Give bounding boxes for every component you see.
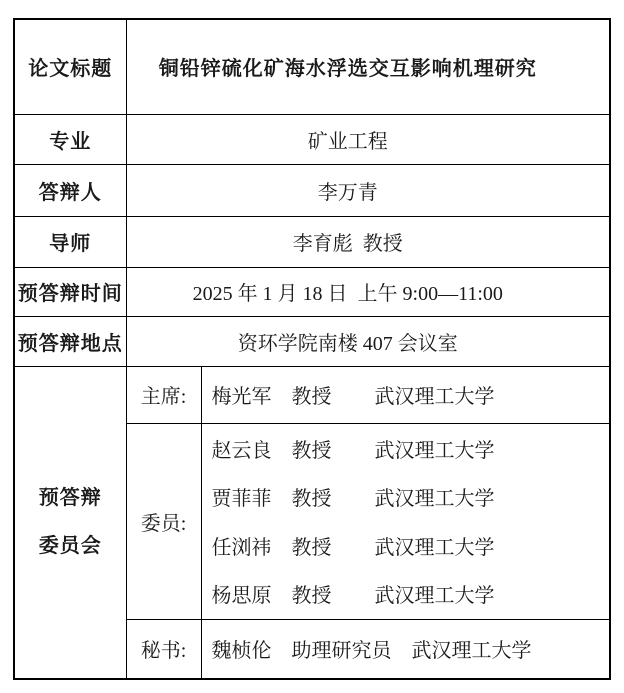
person-affiliation: 武汉理工大学 [375, 579, 495, 608]
defender-value: 李万青 [126, 164, 610, 216]
person-name: 魏桢伦 [212, 634, 272, 663]
pre-defense-info-table: 论文标题 铜铅锌硫化矿海水浮选交互影响机理研究 专业 矿业工程 答辩人 李万青 … [13, 18, 611, 680]
table-row: 答辩人 李万青 [14, 164, 610, 216]
defense-time-value: 2025 年 1 月 18 日 上午 9:00—11:00 [126, 267, 610, 316]
secretary-person-cell: 魏桢伦 助理研究员 武汉理工大学 [201, 619, 610, 679]
defender-label: 答辩人 [14, 164, 126, 216]
advisor-value: 李育彪 教授 [126, 216, 610, 267]
secretary-role-label: 秘书: [126, 619, 201, 679]
committee-label: 预答辩 委员会 [14, 366, 126, 679]
members-list: 赵云良 教授 武汉理工大学 贾菲菲 教授 武汉理工大学 任浏祎 教授 武 [212, 424, 610, 618]
document-page: 论文标题 铜铅锌硫化矿海水浮选交互影响机理研究 专业 矿业工程 答辩人 李万青 … [0, 0, 624, 693]
members-person-cell: 赵云良 教授 武汉理工大学 贾菲菲 教授 武汉理工大学 任浏祎 教授 武 [201, 423, 610, 619]
person-title: 教授 [292, 434, 332, 463]
member-person: 贾菲菲 教授 武汉理工大学 [212, 473, 610, 521]
person-name: 贾菲菲 [212, 482, 272, 511]
members-role-label: 委员: [126, 423, 201, 619]
person-name: 赵云良 [212, 434, 272, 463]
table-row: 预答辩时间 2025 年 1 月 18 日 上午 9:00—11:00 [14, 267, 610, 316]
person-title: 教授 [292, 380, 332, 409]
person-title: 教授 [292, 531, 332, 560]
committee-chair-row: 预答辩 委员会 主席: 梅光军 教授 武汉理工大学 [14, 366, 610, 423]
chair-person: 梅光军 教授 武汉理工大学 [212, 380, 610, 409]
defense-location-label: 预答辩地点 [14, 316, 126, 366]
committee-label-line2: 委员会 [15, 536, 126, 556]
committee-label-line1: 预答辩 [15, 488, 126, 508]
person-name: 杨思原 [212, 579, 272, 608]
person-affiliation: 武汉理工大学 [375, 482, 495, 511]
major-value: 矿业工程 [126, 114, 610, 164]
table-row: 预答辩地点 资环学院南楼 407 会议室 [14, 316, 610, 366]
secretary-person: 魏桢伦 助理研究员 武汉理工大学 [212, 634, 610, 663]
chair-role-label: 主席: [126, 366, 201, 423]
person-name: 梅光军 [212, 380, 272, 409]
person-title: 教授 [292, 579, 332, 608]
major-label: 专业 [14, 114, 126, 164]
member-person: 杨思原 教授 武汉理工大学 [212, 570, 610, 618]
defense-location-value: 资环学院南楼 407 会议室 [126, 316, 610, 366]
member-person: 赵云良 教授 武汉理工大学 [212, 424, 610, 472]
person-title: 教授 [292, 482, 332, 511]
table-row: 专业 矿业工程 [14, 114, 610, 164]
thesis-title-value: 铜铅锌硫化矿海水浮选交互影响机理研究 [126, 19, 610, 114]
person-title: 助理研究员 [292, 634, 392, 663]
person-affiliation: 武汉理工大学 [375, 531, 495, 560]
person-affiliation: 武汉理工大学 [375, 380, 495, 409]
person-affiliation: 武汉理工大学 [412, 634, 532, 663]
defense-time-label: 预答辩时间 [14, 267, 126, 316]
table-row: 论文标题 铜铅锌硫化矿海水浮选交互影响机理研究 [14, 19, 610, 114]
person-affiliation: 武汉理工大学 [375, 434, 495, 463]
person-name: 任浏祎 [212, 531, 272, 560]
chair-person-cell: 梅光军 教授 武汉理工大学 [201, 366, 610, 423]
member-person: 任浏祎 教授 武汉理工大学 [212, 521, 610, 569]
advisor-label: 导师 [14, 216, 126, 267]
table-row: 导师 李育彪 教授 [14, 216, 610, 267]
thesis-title-label: 论文标题 [14, 19, 126, 114]
